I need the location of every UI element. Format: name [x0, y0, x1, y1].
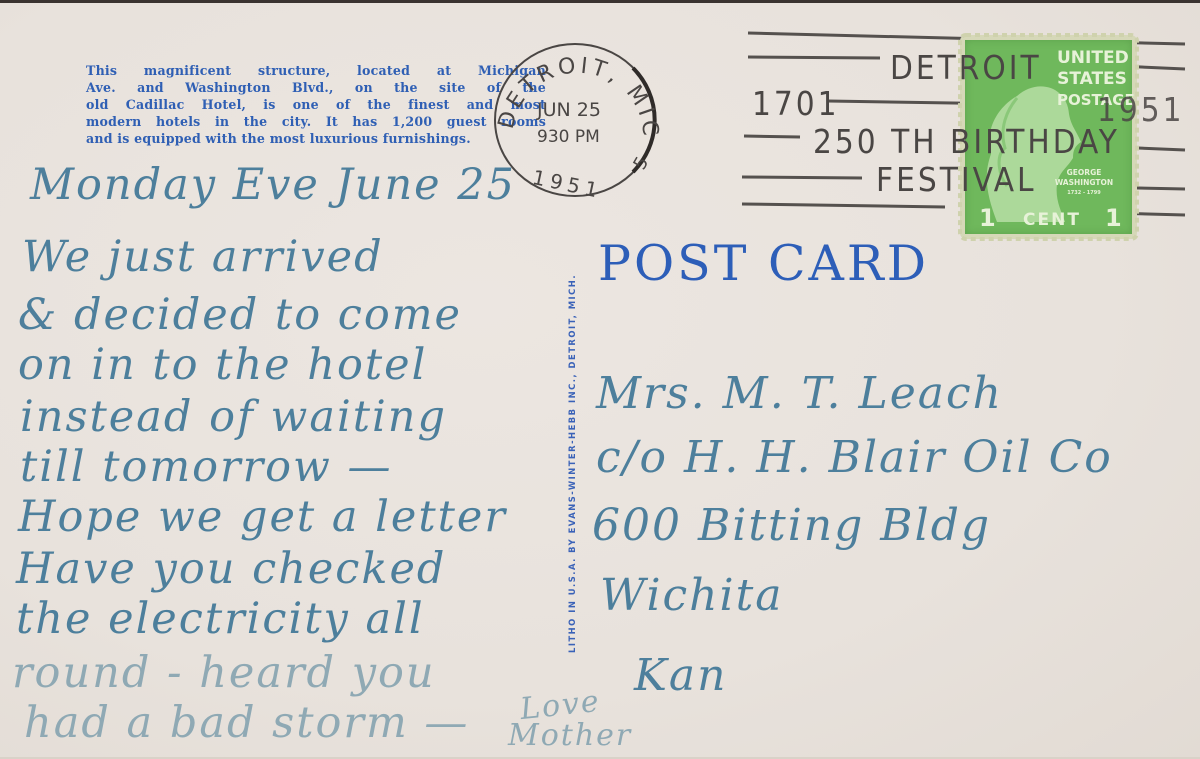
stamp-portrait-years: 1732 - 1799 [1041, 188, 1127, 198]
stamp-denomination-right: 1 [1105, 204, 1122, 232]
message-line: on in to the hotel [18, 340, 427, 390]
stamp-country: UNITED [1057, 48, 1127, 69]
postmark-year: 1951 [530, 165, 604, 200]
description-line: Ave. and Washington Blvd., on the site o… [86, 79, 546, 96]
description-line: and is equipped with the most luxurious … [86, 130, 546, 147]
message-signature: Mother [508, 718, 632, 753]
message-line: We just arrived [22, 232, 384, 282]
svg-text:DETROIT, MICH.: DETROIT, MICH. [483, 38, 661, 141]
stamp-denomination-word: CENT [1023, 210, 1081, 230]
hotel-description: This magnificent structure, located at M… [86, 62, 546, 147]
description-line: This magnificent structure, located at M… [86, 62, 546, 79]
address-line: Kan [634, 650, 727, 702]
publisher-credit: LITHO IN U.S.A. BY EVANS-WINTER-HEBB INC… [567, 274, 577, 653]
postmark-date: JUN 25 [536, 99, 601, 121]
message-line: Hope we get a letter [18, 492, 507, 542]
description-line: old Cadillac Hotel, is one of the finest… [86, 96, 546, 113]
message-line: the electricity all [16, 594, 425, 644]
message-line: till tomorrow — [20, 442, 393, 492]
postcard-title: POST CARD [598, 236, 929, 292]
address-line: c/o H. H. Blair Oil Co [596, 432, 1113, 484]
stamp-portrait-name: GEORGE WASHINGTON [1041, 168, 1127, 188]
cancel-year-left: 1701 [752, 84, 840, 123]
message-line: Monday Eve June 25 [30, 160, 516, 210]
address-line: Mrs. M. T. Leach [596, 368, 1003, 420]
message-line: & decided to come [18, 290, 462, 340]
cancel-detroit: DETROIT [890, 48, 1042, 87]
message-line: instead of waiting [20, 392, 447, 442]
postmark-city: DETROIT, MICH. [483, 38, 661, 141]
description-line: modern hotels in the city. It has 1,200 … [86, 113, 546, 130]
postcard-back: This magnificent structure, located at M… [0, 0, 1200, 759]
stamp-denomination-left: 1 [979, 204, 996, 232]
message-line: had a bad storm — [24, 698, 469, 748]
cancel-birthday: 250 TH BIRTHDAY [813, 122, 1120, 161]
cancel-festival: FESTIVAL [876, 160, 1037, 199]
postmark-time: 930 PM [537, 127, 600, 147]
message-line: round - heard you [12, 648, 436, 698]
stamp-country: STATES [1057, 69, 1127, 90]
address-line: Wichita [600, 570, 784, 622]
message-line: Have you checked [16, 544, 446, 594]
address-line: 600 Bitting Bldg [592, 500, 991, 552]
